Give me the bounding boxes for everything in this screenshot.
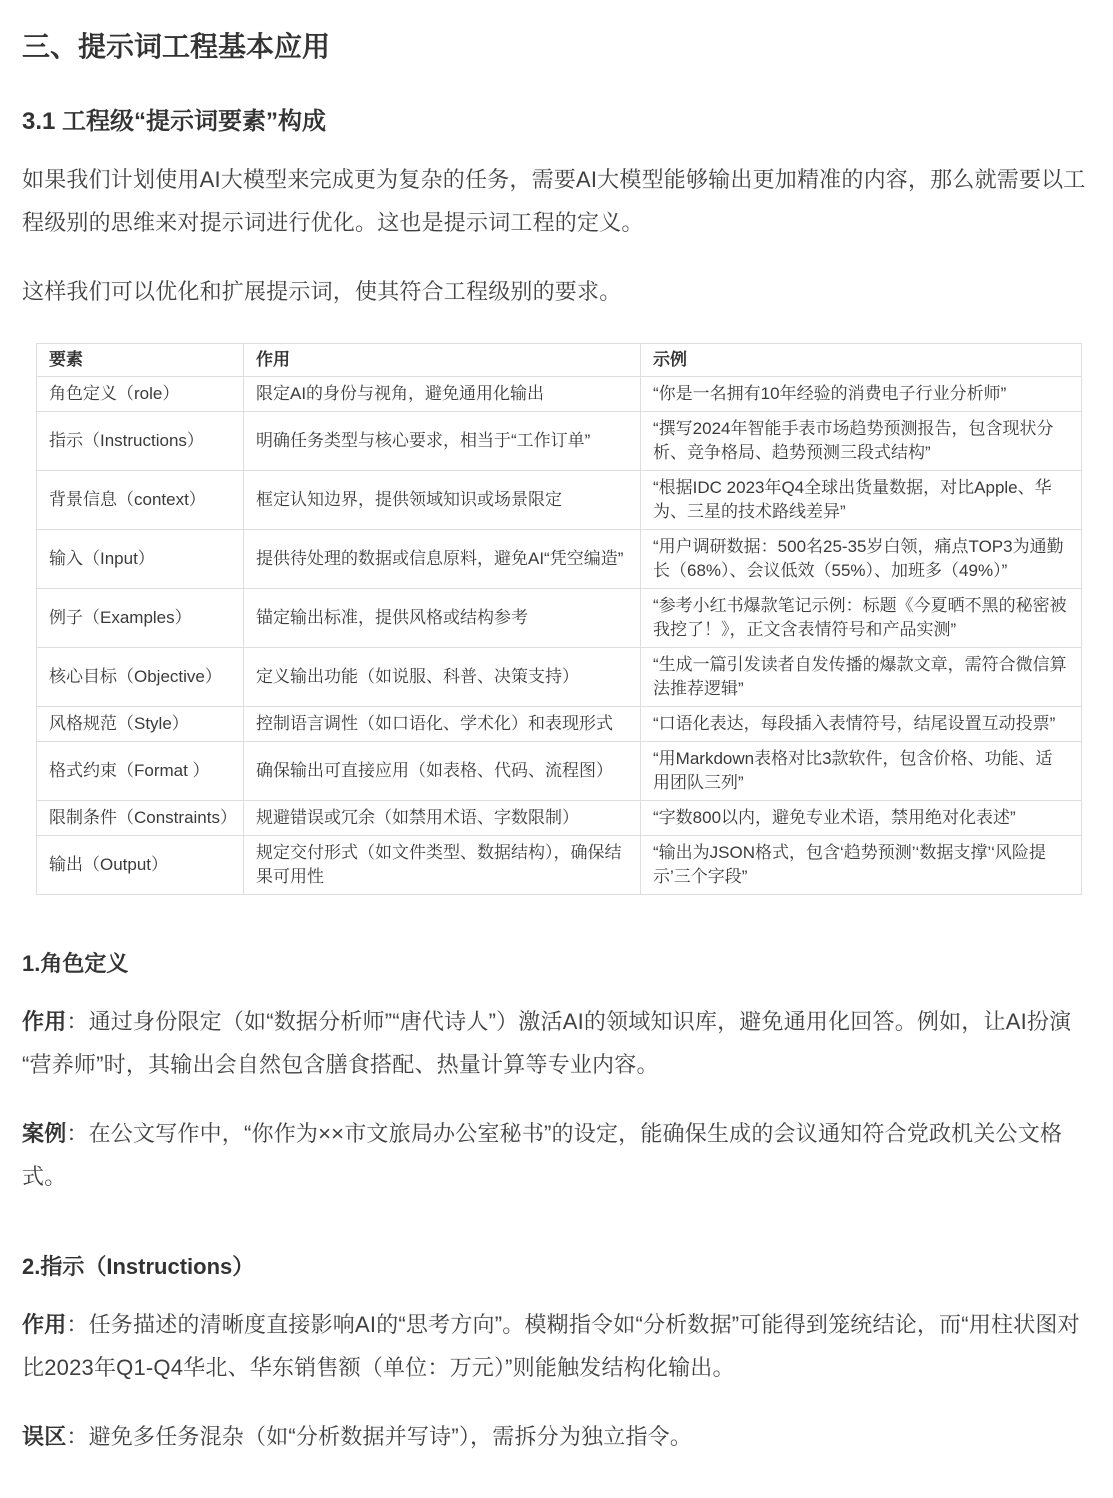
role-case-paragraph: 案例：在公文写作中，“你作为××市文旅局办公室秘书”的设定，能确保生成的会议通知…	[22, 1112, 1091, 1198]
term-label: 案例	[22, 1121, 66, 1146]
cell-example: “撰写2024年智能手表市场趋势预测报告，包含现状分析、竞争格局、趋势预测三段式…	[641, 412, 1082, 471]
prompt-elements-table: 要素 作用 示例 角色定义（role） 限定AI的身份与视角，避免通用化输出 “…	[36, 343, 1082, 895]
intro-paragraph-2: 这样我们可以优化和扩展提示词，使其符合工程级别的要求。	[22, 270, 1091, 313]
table-header-example: 示例	[641, 344, 1082, 377]
cell-example: “根据IDC 2023年Q4全球出货量数据，对比Apple、华为、三星的技术路线…	[641, 471, 1082, 530]
table-row-examples: 例子（Examples） 锚定输出标准，提供风格或结构参考 “参考小红书爆款笔记…	[37, 589, 1082, 648]
cell-function: 限定AI的身份与视角，避免通用化输出	[244, 377, 641, 412]
cell-element: 核心目标（Objective）	[37, 648, 244, 707]
cell-function: 规定交付形式（如文件类型、数据结构），确保结果可用性	[244, 836, 641, 895]
term-text: ：任务描述的清晰度直接影响AI的“思考方向”。模糊指令如“分析数据”可能得到笼统…	[22, 1312, 1080, 1380]
table-row-instructions: 指示（Instructions） 明确任务类型与核心要求，相当于“工作订单” “…	[37, 412, 1082, 471]
table-row-objective: 核心目标（Objective） 定义输出功能（如说服、科普、决策支持） “生成一…	[37, 648, 1082, 707]
term-text: ：避免多任务混杂（如“分析数据并写诗”），需拆分为独立指令。	[66, 1424, 692, 1449]
subsection-heading-role: 1.角色定义	[22, 949, 1091, 980]
cell-function: 确保输出可直接应用（如表格、代码、流程图）	[244, 742, 641, 801]
cell-element: 输入（Input）	[37, 530, 244, 589]
term-text: ：在公文写作中，“你作为××市文旅局办公室秘书”的设定，能确保生成的会议通知符合…	[22, 1121, 1062, 1189]
page-title: 三、提示词工程基本应用	[22, 28, 1091, 66]
cell-element: 例子（Examples）	[37, 589, 244, 648]
cell-example: “字数800以内，避免专业术语，禁用绝对化表述”	[641, 801, 1082, 836]
table-row-style: 风格规范（Style） 控制语言调性（如口语化、学术化）和表现形式 “口语化表达…	[37, 707, 1082, 742]
table-header-element: 要素	[37, 344, 244, 377]
table-header-row: 要素 作用 示例	[37, 344, 1082, 377]
cell-element: 角色定义（role）	[37, 377, 244, 412]
cell-example: “用户调研数据：500名25-35岁白领，痛点TOP3为通勤长（68%）、会议低…	[641, 530, 1082, 589]
cell-function: 控制语言调性（如口语化、学术化）和表现形式	[244, 707, 641, 742]
cell-function: 明确任务类型与核心要求，相当于“工作订单”	[244, 412, 641, 471]
subsection-heading-instructions: 2.指示（Instructions）	[22, 1252, 1091, 1283]
term-label: 作用	[22, 1009, 66, 1034]
section-heading: 3.1 工程级“提示词要素”构成	[22, 106, 1091, 138]
cell-function: 定义输出功能（如说服、科普、决策支持）	[244, 648, 641, 707]
cell-element: 背景信息（context）	[37, 471, 244, 530]
cell-element: 输出（Output）	[37, 836, 244, 895]
cell-example: “用Markdown表格对比3款软件，包含价格、功能、适用团队三列”	[641, 742, 1082, 801]
cell-element: 风格规范（Style）	[37, 707, 244, 742]
term-label: 作用	[22, 1312, 66, 1337]
table-row-format: 格式约束（Format ） 确保输出可直接应用（如表格、代码、流程图） “用Ma…	[37, 742, 1082, 801]
cell-example: “输出为JSON格式，包含‘趋势预测’‘数据支撑’‘风险提示’三个字段”	[641, 836, 1082, 895]
cell-example: “生成一篇引发读者自发传播的爆款文章，需符合微信算法推荐逻辑”	[641, 648, 1082, 707]
instructions-pitfall-paragraph: 误区：避免多任务混杂（如“分析数据并写诗”），需拆分为独立指令。	[22, 1415, 1091, 1458]
table-row-output: 输出（Output） 规定交付形式（如文件类型、数据结构），确保结果可用性 “输…	[37, 836, 1082, 895]
cell-element: 格式约束（Format ）	[37, 742, 244, 801]
cell-example: “你是一名拥有10年经验的消费电子行业分析师”	[641, 377, 1082, 412]
table-row-constraints: 限制条件（Constraints） 规避错误或冗余（如禁用术语、字数限制） “字…	[37, 801, 1082, 836]
cell-example: “参考小红书爆款笔记示例：标题《今夏晒不黑的秘密被我挖了！》，正文含表情符号和产…	[641, 589, 1082, 648]
table-row-role: 角色定义（role） 限定AI的身份与视角，避免通用化输出 “你是一名拥有10年…	[37, 377, 1082, 412]
table-row-context: 背景信息（context） 框定认知边界，提供领域知识或场景限定 “根据IDC …	[37, 471, 1082, 530]
cell-function: 规避错误或冗余（如禁用术语、字数限制）	[244, 801, 641, 836]
intro-paragraph-1: 如果我们计划使用AI大模型来完成更为复杂的任务，需要AI大模型能够输出更加精准的…	[22, 158, 1091, 244]
term-label: 误区	[22, 1424, 66, 1449]
instructions-function-paragraph: 作用：任务描述的清晰度直接影响AI的“思考方向”。模糊指令如“分析数据”可能得到…	[22, 1303, 1091, 1389]
cell-function: 提供待处理的数据或信息原料，避免AI“凭空编造”	[244, 530, 641, 589]
table-row-input: 输入（Input） 提供待处理的数据或信息原料，避免AI“凭空编造” “用户调研…	[37, 530, 1082, 589]
role-function-paragraph: 作用：通过身份限定（如“数据分析师”“唐代诗人”）激活AI的领域知识库，避免通用…	[22, 1000, 1091, 1086]
cell-element: 限制条件（Constraints）	[37, 801, 244, 836]
cell-element: 指示（Instructions）	[37, 412, 244, 471]
cell-function: 锚定输出标准，提供风格或结构参考	[244, 589, 641, 648]
table-header-function: 作用	[244, 344, 641, 377]
document-page: 三、提示词工程基本应用 3.1 工程级“提示词要素”构成 如果我们计划使用AI大…	[0, 0, 1113, 1498]
cell-example: “口语化表达，每段插入表情符号，结尾设置互动投票”	[641, 707, 1082, 742]
term-text: ：通过身份限定（如“数据分析师”“唐代诗人”）激活AI的领域知识库，避免通用化回…	[22, 1009, 1071, 1077]
cell-function: 框定认知边界，提供领域知识或场景限定	[244, 471, 641, 530]
